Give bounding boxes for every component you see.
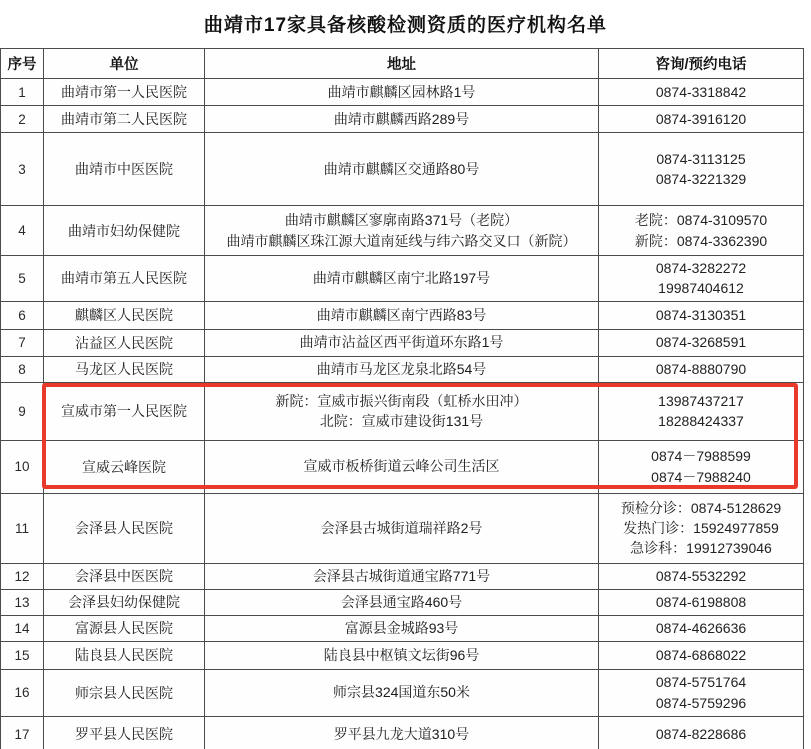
cell-phone: 0874-8880790: [599, 356, 804, 382]
page-title: 曲靖市17家具备核酸检测资质的医疗机构名单: [0, 0, 811, 48]
table-row: 14富源县人民医院富源县金城路93号0874-4626636: [1, 615, 804, 641]
cell-address: 曲靖市麒麟区交通路80号: [205, 133, 599, 206]
cell-row-number: 10: [1, 440, 44, 493]
address-line: 曲靖市麒麟区南宁北路197号: [209, 268, 594, 288]
cell-phone: 0874-3318842: [599, 79, 804, 106]
address-line: 罗平县九龙大道310号: [209, 724, 594, 744]
cell-institution-name: 马龙区人民医院: [44, 356, 205, 382]
cell-row-number: 7: [1, 329, 44, 356]
cell-phone: 0874-3268591: [599, 329, 804, 356]
table-row: 17罗平县人民医院罗平县九龙大道310号0874-8228686: [1, 716, 804, 749]
cell-phone: 0874-3130351: [599, 301, 804, 329]
address-line: 曲靖市麒麟西路289号: [209, 109, 594, 129]
address-line: 曲靖市麒麟区寥廓南路371号（老院）: [209, 210, 594, 230]
phone-line: 老院：0874-3109570: [603, 210, 799, 230]
phone-line: 19987404612: [603, 278, 799, 298]
cell-institution-name: 曲靖市妇幼保健院: [44, 206, 205, 256]
cell-address: 曲靖市麒麟区寥廓南路371号（老院）曲靖市麒麟区珠江源大道南延线与纬六路交叉口（…: [205, 206, 599, 256]
address-line: 北院：宣威市建设街131号: [209, 411, 594, 431]
table-row: 6麒麟区人民医院曲靖市麒麟区南宁西路83号0874-3130351: [1, 301, 804, 329]
table-row: 15陆良县人民医院陆良县中枢镇文坛街96号0874-6868022: [1, 641, 804, 669]
cell-row-number: 15: [1, 641, 44, 669]
address-line: 曲靖市麒麟区交通路80号: [209, 159, 594, 179]
table-row: 3曲靖市中医医院曲靖市麒麟区交通路80号0874-31131250874-322…: [1, 133, 804, 206]
address-line: 曲靖市沾益区西平街道环东路1号: [209, 332, 594, 352]
phone-line: 0874-6198808: [603, 592, 799, 612]
cell-address: 富源县金城路93号: [205, 615, 599, 641]
table-row: 11会泽县人民医院会泽县古城街道瑞祥路2号预检分诊：0874-5128629发热…: [1, 493, 804, 563]
cell-address: 罗平县九龙大道310号: [205, 716, 599, 749]
phone-line: 18288424337: [603, 411, 799, 431]
table-row: 13会泽县妇幼保健院会泽县通宝路460号0874-6198808: [1, 589, 804, 615]
phone-line: 13987437217: [603, 391, 799, 411]
phone-line: 发热门诊：15924977859: [603, 518, 799, 538]
cell-phone: 0874-8228686: [599, 716, 804, 749]
address-line: 会泽县古城街道瑞祥路2号: [209, 518, 594, 538]
address-line: 宣威市板桥街道云峰公司生活区: [209, 456, 594, 476]
phone-line: 0874-8228686: [603, 724, 799, 744]
cell-row-number: 13: [1, 589, 44, 615]
cell-institution-name: 宣威市第一人民医院: [44, 382, 205, 440]
address-line: 会泽县古城街道通宝路771号: [209, 566, 594, 586]
cell-institution-name: 陆良县人民医院: [44, 641, 205, 669]
cell-phone: 0874-57517640874-5759296: [599, 669, 804, 716]
table-row: 8马龙区人民医院曲靖市马龙区龙泉北路54号0874-8880790: [1, 356, 804, 382]
cell-address: 曲靖市麒麟区南宁西路83号: [205, 301, 599, 329]
cell-phone: 0874－79885990874－7988240: [599, 440, 804, 493]
cell-phone: 0874-31131250874-3221329: [599, 133, 804, 206]
table-row: 2曲靖市第二人民医院曲靖市麒麟西路289号0874-3916120: [1, 106, 804, 133]
cell-row-number: 16: [1, 669, 44, 716]
address-line: 师宗县324国道东50米: [209, 682, 594, 702]
cell-institution-name: 会泽县中医医院: [44, 563, 205, 589]
phone-line: 0874-3318842: [603, 82, 799, 102]
cell-institution-name: 富源县人民医院: [44, 615, 205, 641]
cell-institution-name: 会泽县人民医院: [44, 493, 205, 563]
cell-row-number: 14: [1, 615, 44, 641]
cell-row-number: 11: [1, 493, 44, 563]
phone-line: 0874-4626636: [603, 618, 799, 638]
cell-institution-name: 曲靖市第一人民医院: [44, 79, 205, 106]
cell-row-number: 3: [1, 133, 44, 206]
cell-institution-name: 会泽县妇幼保健院: [44, 589, 205, 615]
cell-institution-name: 曲靖市第二人民医院: [44, 106, 205, 133]
table-row: 16师宗县人民医院师宗县324国道东50米0874-57517640874-57…: [1, 669, 804, 716]
phone-line: 0874-3282272: [603, 258, 799, 278]
phone-line: 0874-3113125: [603, 149, 799, 169]
cell-institution-name: 曲靖市中医医院: [44, 133, 205, 206]
phone-line: 0874-6868022: [603, 645, 799, 665]
table-row: 9宣威市第一人民医院新院：宣威市振兴街南段（虹桥水田冲）北院：宣威市建设街131…: [1, 382, 804, 440]
cell-phone: 1398743721718288424337: [599, 382, 804, 440]
cell-address: 曲靖市麒麟区南宁北路197号: [205, 256, 599, 302]
cell-phone: 预检分诊：0874-5128629发热门诊：15924977859急诊科：199…: [599, 493, 804, 563]
phone-line: 0874-3130351: [603, 305, 799, 325]
cell-address: 陆良县中枢镇文坛街96号: [205, 641, 599, 669]
header-unit: 单位: [44, 49, 205, 79]
header-address: 地址: [205, 49, 599, 79]
table-row: 12会泽县中医医院会泽县古城街道通宝路771号0874-5532292: [1, 563, 804, 589]
cell-address: 曲靖市麒麟西路289号: [205, 106, 599, 133]
cell-institution-name: 师宗县人民医院: [44, 669, 205, 716]
table-row: 10宣威云峰医院宣威市板桥街道云峰公司生活区0874－79885990874－7…: [1, 440, 804, 493]
cell-institution-name: 宣威云峰医院: [44, 440, 205, 493]
cell-address: 宣威市板桥街道云峰公司生活区: [205, 440, 599, 493]
phone-line: 0874－7988240: [603, 467, 799, 487]
table-row: 5曲靖市第五人民医院曲靖市麒麟区南宁北路197号0874-32822721998…: [1, 256, 804, 302]
cell-phone: 0874-5532292: [599, 563, 804, 589]
table-row: 7沾益区人民医院曲靖市沾益区西平街道环东路1号0874-3268591: [1, 329, 804, 356]
phone-line: 0874-3221329: [603, 169, 799, 189]
medical-institutions-table: 序号 单位 地址 咨询/预约电话 1曲靖市第一人民医院曲靖市麒麟区园林路1号08…: [0, 48, 804, 749]
address-line: 曲靖市麒麟区南宁西路83号: [209, 305, 594, 325]
phone-line: 0874-5759296: [603, 693, 799, 713]
phone-line: 0874-5532292: [603, 566, 799, 586]
cell-phone: 0874-4626636: [599, 615, 804, 641]
cell-phone: 0874-6198808: [599, 589, 804, 615]
cell-row-number: 17: [1, 716, 44, 749]
address-line: 陆良县中枢镇文坛街96号: [209, 645, 594, 665]
cell-address: 会泽县古城街道瑞祥路2号: [205, 493, 599, 563]
address-line: 新院：宣威市振兴街南段（虹桥水田冲）: [209, 391, 594, 411]
address-line: 会泽县通宝路460号: [209, 592, 594, 612]
phone-line: 0874-3268591: [603, 332, 799, 352]
cell-institution-name: 罗平县人民医院: [44, 716, 205, 749]
cell-address: 师宗县324国道东50米: [205, 669, 599, 716]
cell-institution-name: 麒麟区人民医院: [44, 301, 205, 329]
phone-line: 0874-5751764: [603, 672, 799, 692]
address-line: 曲靖市麒麟区珠江源大道南延线与纬六路交叉口（新院）: [209, 231, 594, 251]
header-phone: 咨询/预约电话: [599, 49, 804, 79]
cell-institution-name: 沾益区人民医院: [44, 329, 205, 356]
cell-address: 曲靖市沾益区西平街道环东路1号: [205, 329, 599, 356]
cell-row-number: 4: [1, 206, 44, 256]
cell-row-number: 5: [1, 256, 44, 302]
phone-line: 急诊科：19912739046: [603, 538, 799, 558]
cell-phone: 0874-3916120: [599, 106, 804, 133]
cell-phone: 0874-6868022: [599, 641, 804, 669]
phone-line: 预检分诊：0874-5128629: [603, 498, 799, 518]
phone-line: 新院：0874-3362390: [603, 231, 799, 251]
cell-row-number: 1: [1, 79, 44, 106]
cell-address: 曲靖市马龙区龙泉北路54号: [205, 356, 599, 382]
cell-row-number: 12: [1, 563, 44, 589]
cell-address: 曲靖市麒麟区园林路1号: [205, 79, 599, 106]
cell-row-number: 6: [1, 301, 44, 329]
header-number: 序号: [1, 49, 44, 79]
cell-address: 会泽县通宝路460号: [205, 589, 599, 615]
cell-row-number: 8: [1, 356, 44, 382]
table-row: 4曲靖市妇幼保健院曲靖市麒麟区寥廓南路371号（老院）曲靖市麒麟区珠江源大道南延…: [1, 206, 804, 256]
address-line: 富源县金城路93号: [209, 618, 594, 638]
phone-line: 0874－7988599: [603, 446, 799, 466]
cell-address: 会泽县古城街道通宝路771号: [205, 563, 599, 589]
cell-address: 新院：宣威市振兴街南段（虹桥水田冲）北院：宣威市建设街131号: [205, 382, 599, 440]
address-line: 曲靖市马龙区龙泉北路54号: [209, 359, 594, 379]
phone-line: 0874-8880790: [603, 359, 799, 379]
phone-line: 0874-3916120: [603, 109, 799, 129]
cell-row-number: 2: [1, 106, 44, 133]
cell-institution-name: 曲靖市第五人民医院: [44, 256, 205, 302]
table-row: 1曲靖市第一人民医院曲靖市麒麟区园林路1号0874-3318842: [1, 79, 804, 106]
cell-row-number: 9: [1, 382, 44, 440]
cell-phone: 老院：0874-3109570新院：0874-3362390: [599, 206, 804, 256]
cell-phone: 0874-328227219987404612: [599, 256, 804, 302]
table-header-row: 序号 单位 地址 咨询/预约电话: [1, 49, 804, 79]
address-line: 曲靖市麒麟区园林路1号: [209, 82, 594, 102]
